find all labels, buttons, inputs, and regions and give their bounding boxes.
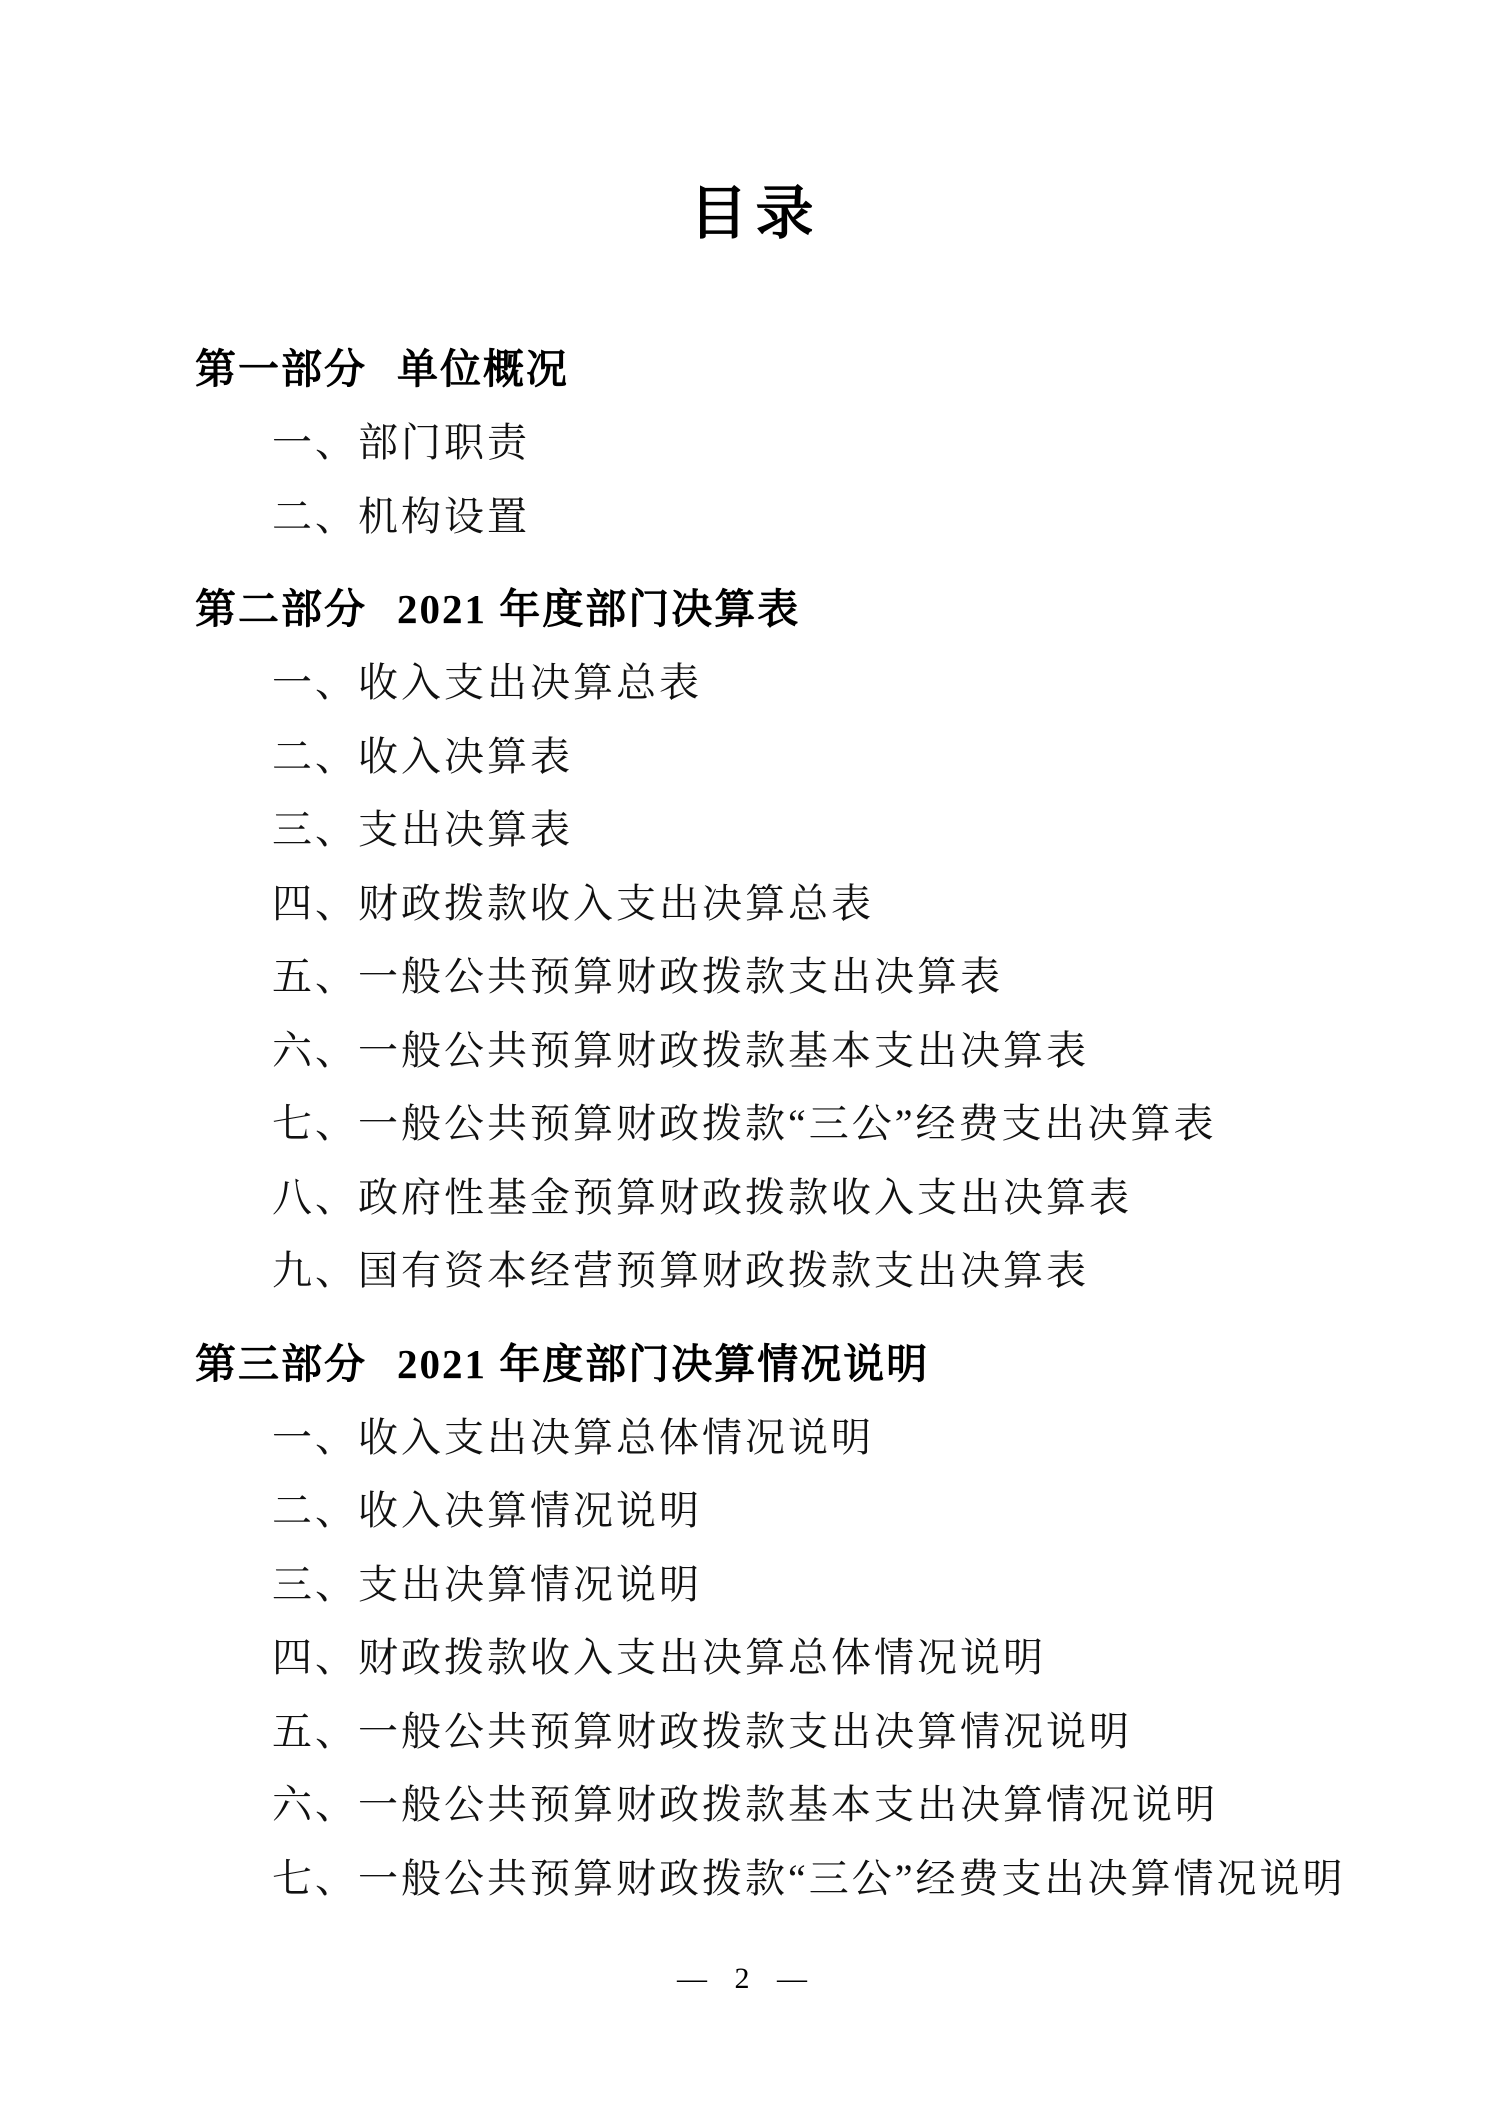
toc-item-list: 一、收入支出决算总表 二、收入决算表 三、支出决算表 四、财政拨款收入支出决算总…	[195, 646, 1316, 1308]
section-heading: 第三部分2021 年度部门决算情况说明	[195, 1328, 1316, 1401]
toc-item: 五、一般公共预算财政拨款支出决算情况说明	[195, 1695, 1316, 1769]
section-label: 第一部分	[195, 346, 367, 392]
toc-item: 一、部门职责	[195, 406, 1316, 480]
toc-item: 二、机构设置	[195, 480, 1316, 554]
toc-item: 三、支出决算情况说明	[195, 1548, 1316, 1622]
toc-item: 六、一般公共预算财政拨款基本支出决算表	[195, 1014, 1316, 1088]
section-label: 第三部分	[195, 1341, 367, 1387]
toc-item: 四、财政拨款收入支出决算总体情况说明	[195, 1621, 1316, 1695]
toc-item-list: 一、部门职责 二、机构设置	[195, 406, 1316, 553]
section-title: 单位概况	[397, 346, 569, 392]
toc-item: 九、国有资本经营预算财政拨款支出决算表	[195, 1234, 1316, 1308]
toc-section-part2: 第二部分2021 年度部门决算表 一、收入支出决算总表 二、收入决算表 三、支出…	[195, 573, 1316, 1308]
toc-item: 六、一般公共预算财政拨款基本支出决算情况说明	[195, 1768, 1316, 1842]
toc-item: 二、收入决算情况说明	[195, 1474, 1316, 1548]
toc-document: 目录 第一部分单位概况 一、部门职责 二、机构设置 第二部分2021 年度部门决…	[0, 0, 1486, 1915]
page-title: 目录	[195, 178, 1316, 248]
toc-item: 一、收入支出决算总体情况说明	[195, 1401, 1316, 1475]
toc-item: 五、一般公共预算财政拨款支出决算表	[195, 940, 1316, 1014]
toc-section-part3: 第三部分2021 年度部门决算情况说明 一、收入支出决算总体情况说明 二、收入决…	[195, 1328, 1316, 1916]
document-page: 目录 第一部分单位概况 一、部门职责 二、机构设置 第二部分2021 年度部门决…	[0, 0, 1486, 2103]
section-heading: 第一部分单位概况	[195, 333, 1316, 406]
toc-item: 八、政府性基金预算财政拨款收入支出决算表	[195, 1161, 1316, 1235]
toc-item: 二、收入决算表	[195, 720, 1316, 794]
toc-item: 七、一般公共预算财政拨款“三公”经费支出决算表	[195, 1087, 1316, 1161]
toc-item-list: 一、收入支出决算总体情况说明 二、收入决算情况说明 三、支出决算情况说明 四、财…	[195, 1401, 1316, 1916]
toc-item: 一、收入支出决算总表	[195, 646, 1316, 720]
section-title: 2021 年度部门决算表	[397, 586, 800, 632]
section-label: 第二部分	[195, 586, 367, 632]
toc-item: 四、财政拨款收入支出决算总表	[195, 867, 1316, 941]
section-heading: 第二部分2021 年度部门决算表	[195, 573, 1316, 646]
toc-item: 七、一般公共预算财政拨款“三公”经费支出决算情况说明	[195, 1842, 1316, 1916]
toc-item: 三、支出决算表	[195, 793, 1316, 867]
page-number: — 2 —	[0, 1962, 1486, 1996]
section-title: 2021 年度部门决算情况说明	[397, 1341, 929, 1387]
toc-section-part1: 第一部分单位概况 一、部门职责 二、机构设置	[195, 333, 1316, 553]
